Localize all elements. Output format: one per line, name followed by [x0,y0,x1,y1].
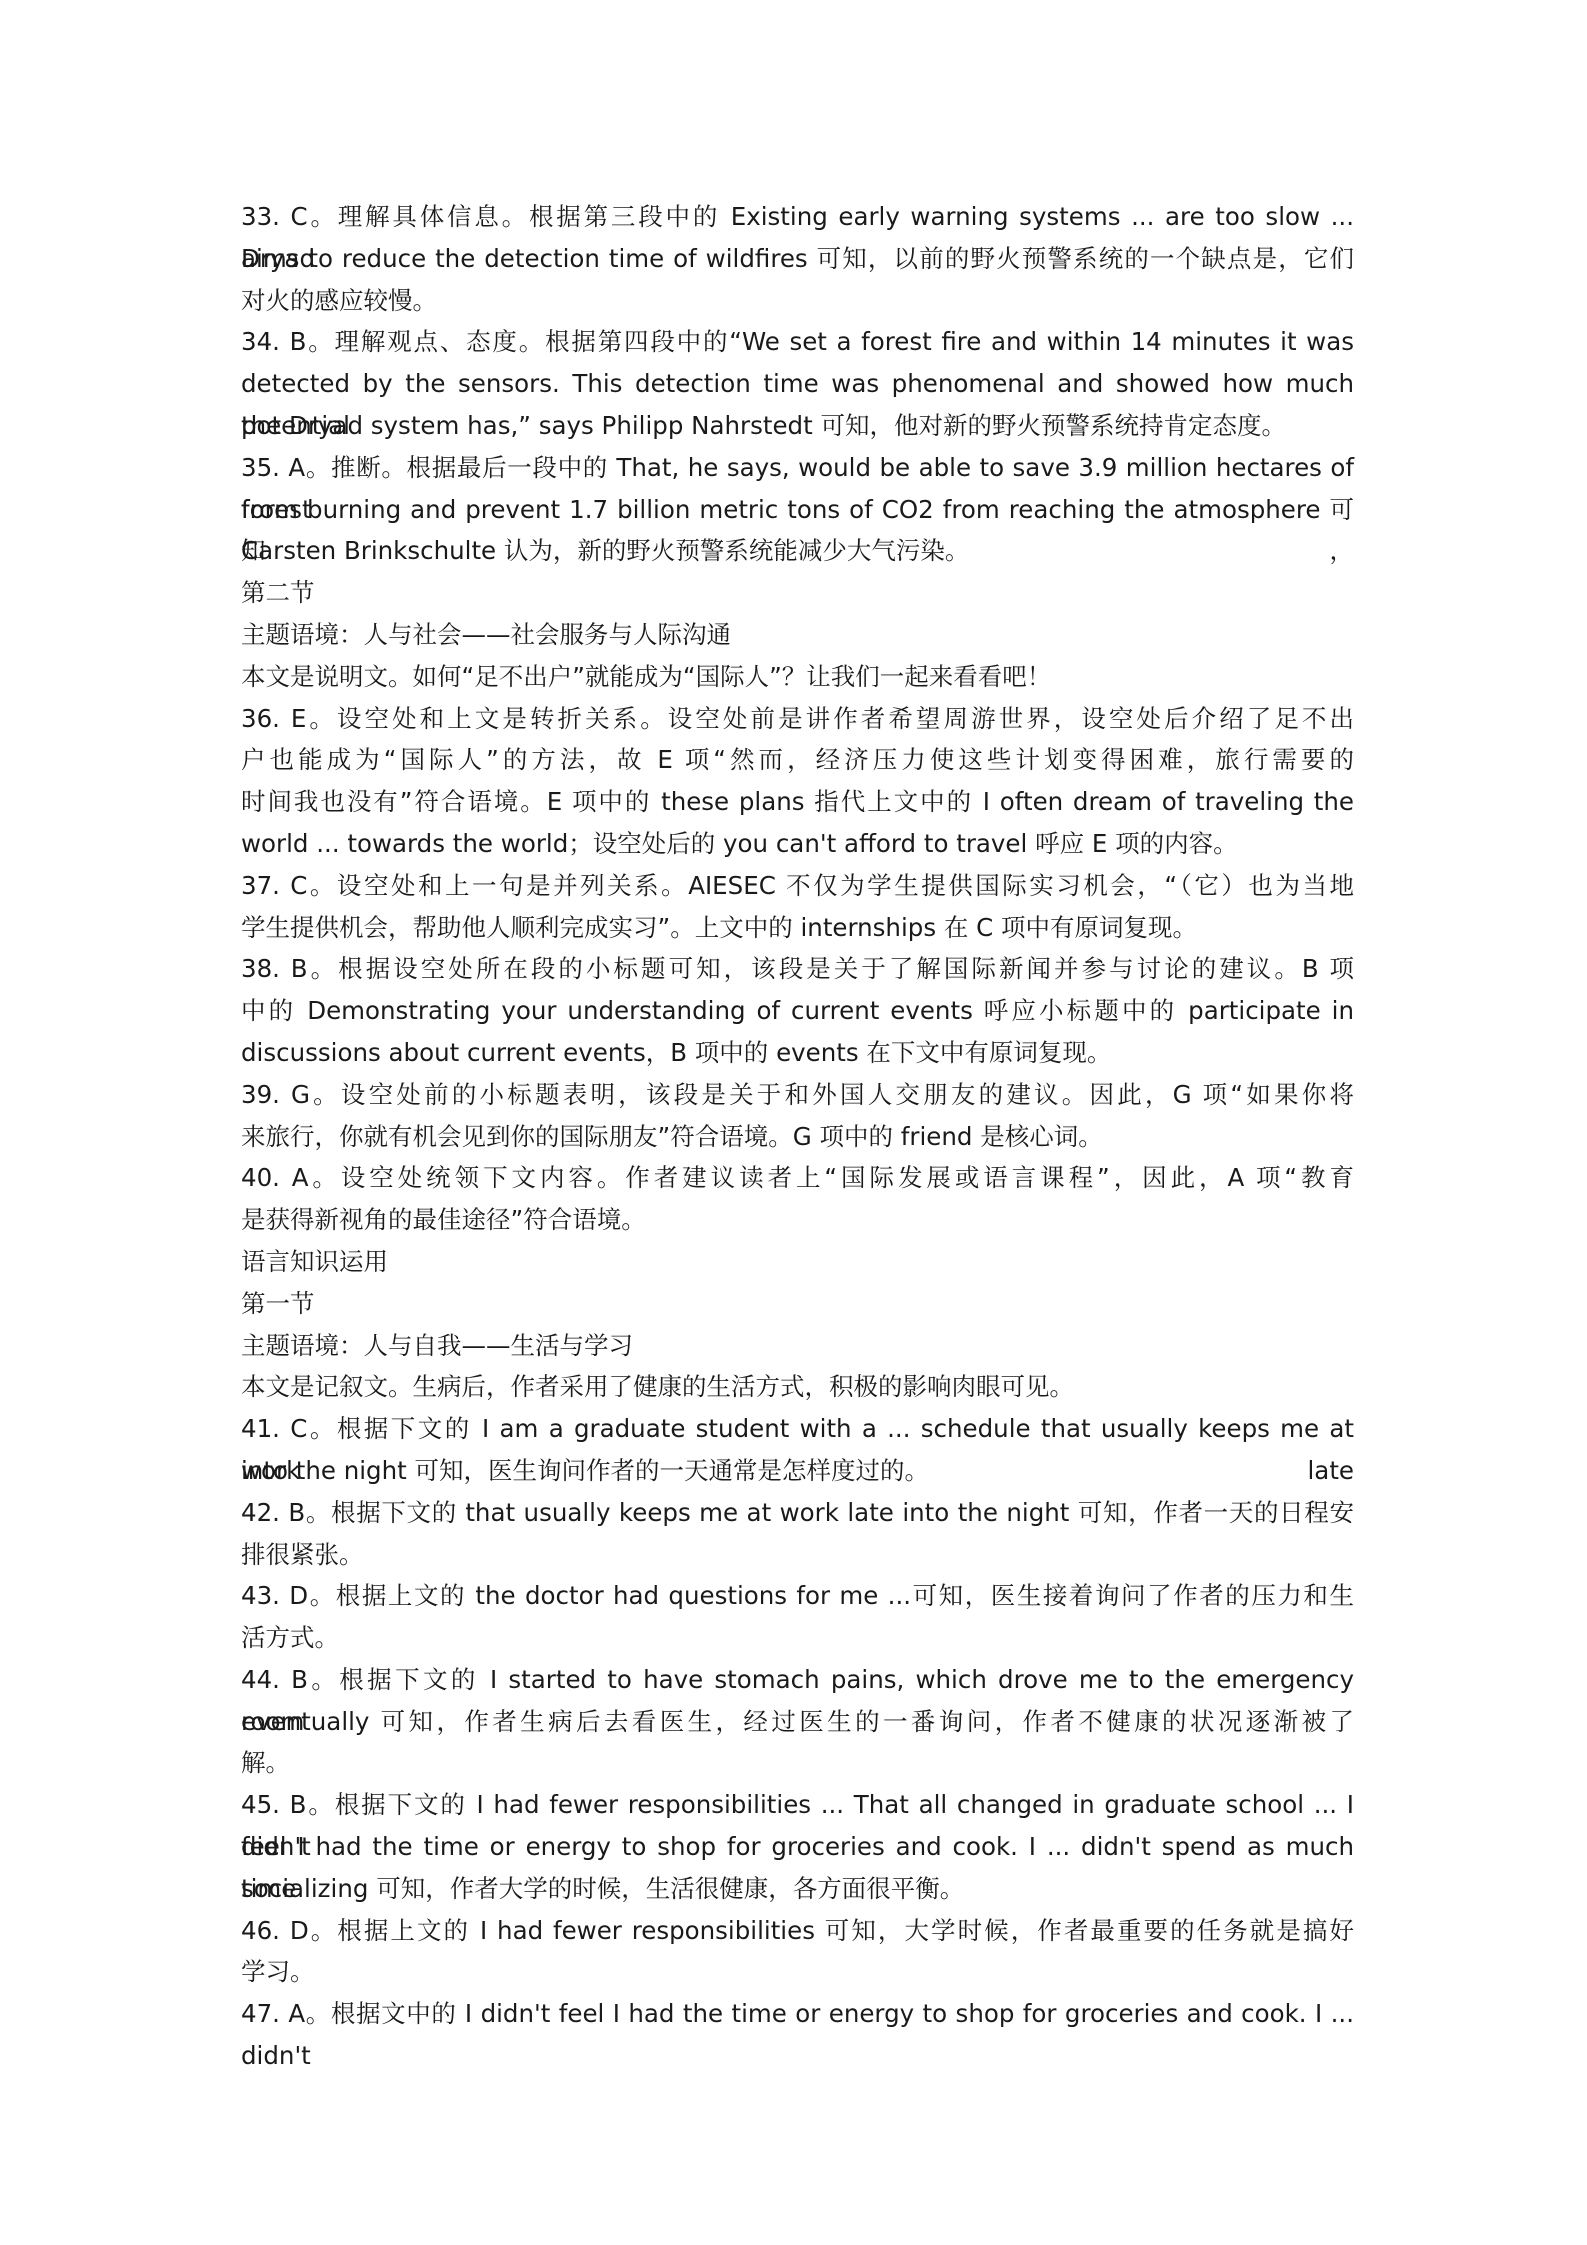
line-text: 43. D。根据上文的 the doctor had questions for… [241,1581,1354,1610]
line-text: 中的 Demonstrating your understanding of c… [241,996,1354,1025]
document-text-line: 主题语境：人与社会——社会服务与人际沟通 [241,614,1354,656]
document-text-line: the Dryad system has,” says Philipp Nahr… [241,405,1354,447]
document-text-line: 43. D。根据上文的 the doctor had questions for… [241,1575,1354,1617]
line-text: 36. E。设空处和上文是转折关系。设空处前是讲作者希望周游世界，设空处后介绍了… [241,704,1354,733]
document-text-line: feel I had the time or energy to shop fo… [241,1826,1354,1868]
document-text-line: 本文是记叙文。生病后，作者采用了健康的生活方式，积极的影响肉眼可见。 [241,1366,1354,1408]
line-text: Carsten Brinkschulte 认为，新的野火预警系统能减少大气污染。 [241,536,969,565]
line-text: socializing 可知，作者大学的时候，生活很健康，各方面很平衡。 [241,1874,964,1903]
document-text-line: 33. C。理解具体信息。根据第三段中的 Existing early warn… [241,196,1354,238]
line-text: 语言知识运用 [241,1247,388,1276]
document-text-line: aims to reduce the detection time of wil… [241,238,1354,280]
line-text: 对火的感应较慢。 [241,286,437,315]
document-text-line: 34. B。理解观点、态度。根据第四段中的“We set a forest fi… [241,321,1354,363]
line-text: the Dryad system has,” says Philipp Nahr… [241,411,1286,440]
line-text: 40. A。设空处统领下文内容。作者建议读者上“国际发展或语言课程”，因此，A … [241,1163,1354,1192]
line-text: 排很紧张。 [241,1540,364,1569]
line-text: 47. A。根据文中的 I didn't feel I had the time… [241,1999,1354,2070]
document-text-line: 36. E。设空处和上文是转折关系。设空处前是讲作者希望周游世界，设空处后介绍了… [241,698,1354,740]
line-text: 来旅行，你就有机会见到你的国际朋友”符合语境。G 项中的 friend 是核心词… [241,1122,1103,1151]
document-text-line: 来旅行，你就有机会见到你的国际朋友”符合语境。G 项中的 friend 是核心词… [241,1116,1354,1158]
document-text-line: 47. A。根据文中的 I didn't feel I had the time… [241,1993,1354,2035]
document-text-line: 对火的感应较慢。 [241,280,1354,322]
document-text-line: 是获得新视角的最佳途径”符合语境。 [241,1199,1354,1241]
document-text-line: 学习。 [241,1951,1354,1993]
document-text-line: eventually 可知，作者生病后去看医生，经过医生的一番询问，作者不健康的… [241,1701,1354,1743]
line-text: 学习。 [241,1957,315,1986]
line-text: 主题语境：人与自我——生活与学习 [241,1331,633,1360]
document-text-line: 活方式。 [241,1617,1354,1659]
line-text: 学生提供机会，帮助他人顺利完成实习”。上文中的 internships 在 C … [241,913,1197,942]
document-text-line: 第一节 [241,1283,1354,1325]
line-text: 户也能成为“国际人”的方法，故 E 项“然而，经济压力使这些计划变得困难，旅行需… [241,745,1354,774]
document-text-line: world ... towards the world；设空处后的 you ca… [241,823,1354,865]
document-text-line: 排很紧张。 [241,1534,1354,1576]
document-text-line: 解。 [241,1742,1354,1784]
document-text-line: 35. A。推断。根据最后一段中的 That, he says, would b… [241,447,1354,489]
document-text-line: 45. B。根据下文的 I had fewer responsibilities… [241,1784,1354,1826]
document-text-line: 38. B。根据设空处所在段的小标题可知，该段是关于了解国际新闻并参与讨论的建议… [241,948,1354,990]
line-text: 46. D。根据上文的 I had fewer responsibilities… [241,1916,1354,1945]
line-text: 37. C。设空处和上一句是并列关系。AIESEC 不仅为学生提供国际实习机会，… [241,871,1354,900]
document-text-line: 学生提供机会，帮助他人顺利完成实习”。上文中的 internships 在 C … [241,907,1354,949]
document-text-line: 44. B。根据下文的 I started to have stomach pa… [241,1659,1354,1701]
document-text-line: 中的 Demonstrating your understanding of c… [241,990,1354,1032]
line-text: 时间我也没有”符合语境。E 项中的 these plans 指代上文中的 I o… [241,787,1354,816]
document-text-line: from burning and prevent 1.7 billion met… [241,489,1354,531]
document-text-line: detected by the sensors. This detection … [241,363,1354,405]
document-text-line: discussions about current events，B 项中的 e… [241,1032,1354,1074]
document-text-line: socializing 可知，作者大学的时候，生活很健康，各方面很平衡。 [241,1868,1354,1910]
line-text: aims to reduce the detection time of wil… [241,244,1354,273]
line-text: 活方式。 [241,1623,339,1652]
line-text: 是获得新视角的最佳途径”符合语境。 [241,1205,646,1234]
line-text: 39. G。设空处前的小标题表明，该段是关于和外国人交朋友的建议。因此，G 项“… [241,1080,1354,1109]
line-text: eventually 可知，作者生病后去看医生，经过医生的一番询问，作者不健康的… [241,1707,1354,1736]
line-text: into the night 可知，医生询问作者的一天通常是怎样度过的。 [241,1456,929,1485]
document-text-line: 户也能成为“国际人”的方法，故 E 项“然而，经济压力使这些计划变得困难，旅行需… [241,739,1354,781]
line-text: discussions about current events，B 项中的 e… [241,1038,1111,1067]
line-text: 本文是记叙文。生病后，作者采用了健康的生活方式，积极的影响肉眼可见。 [241,1372,1074,1401]
line-text: 主题语境：人与社会——社会服务与人际沟通 [241,620,731,649]
document-text-line: 39. G。设空处前的小标题表明，该段是关于和外国人交朋友的建议。因此，G 项“… [241,1074,1354,1116]
document-text-line: 46. D。根据上文的 I had fewer responsibilities… [241,1910,1354,1952]
document-text-line: 语言知识运用 [241,1241,1354,1283]
line-text: 42. B。根据下文的 that usually keeps me at wor… [241,1498,1354,1527]
line-text: 第一节 [241,1289,315,1318]
line-text: 38. B。根据设空处所在段的小标题可知，该段是关于了解国际新闻并参与讨论的建议… [241,954,1354,983]
document-text-line: 37. C。设空处和上一句是并列关系。AIESEC 不仅为学生提供国际实习机会，… [241,865,1354,907]
line-text: 第二节 [241,578,315,607]
line-text: 解。 [241,1748,290,1777]
document-text-line: 时间我也没有”符合语境。E 项中的 these plans 指代上文中的 I o… [241,781,1354,823]
document-text-line: 主题语境：人与自我——生活与学习 [241,1325,1354,1367]
line-text: 本文是说明文。如何“足不出户”就能成为“国际人”？让我们一起来看看吧！ [241,662,1051,691]
document-text-line: 40. A。设空处统领下文内容。作者建议读者上“国际发展或语言课程”，因此，A … [241,1157,1354,1199]
line-text: world ... towards the world；设空处后的 you ca… [241,829,1238,858]
document-text-line: 41. C。根据下文的 I am a graduate student with… [241,1408,1354,1450]
document-text-line: 第二节 [241,572,1354,614]
document-text-line: 42. B。根据下文的 that usually keeps me at wor… [241,1492,1354,1534]
line-text: 34. B。理解观点、态度。根据第四段中的“We set a forest fi… [241,327,1354,356]
answer-explanation-document: 33. C。理解具体信息。根据第三段中的 Existing early warn… [241,196,1354,2035]
document-text-line: 本文是说明文。如何“足不出户”就能成为“国际人”？让我们一起来看看吧！ [241,656,1354,698]
